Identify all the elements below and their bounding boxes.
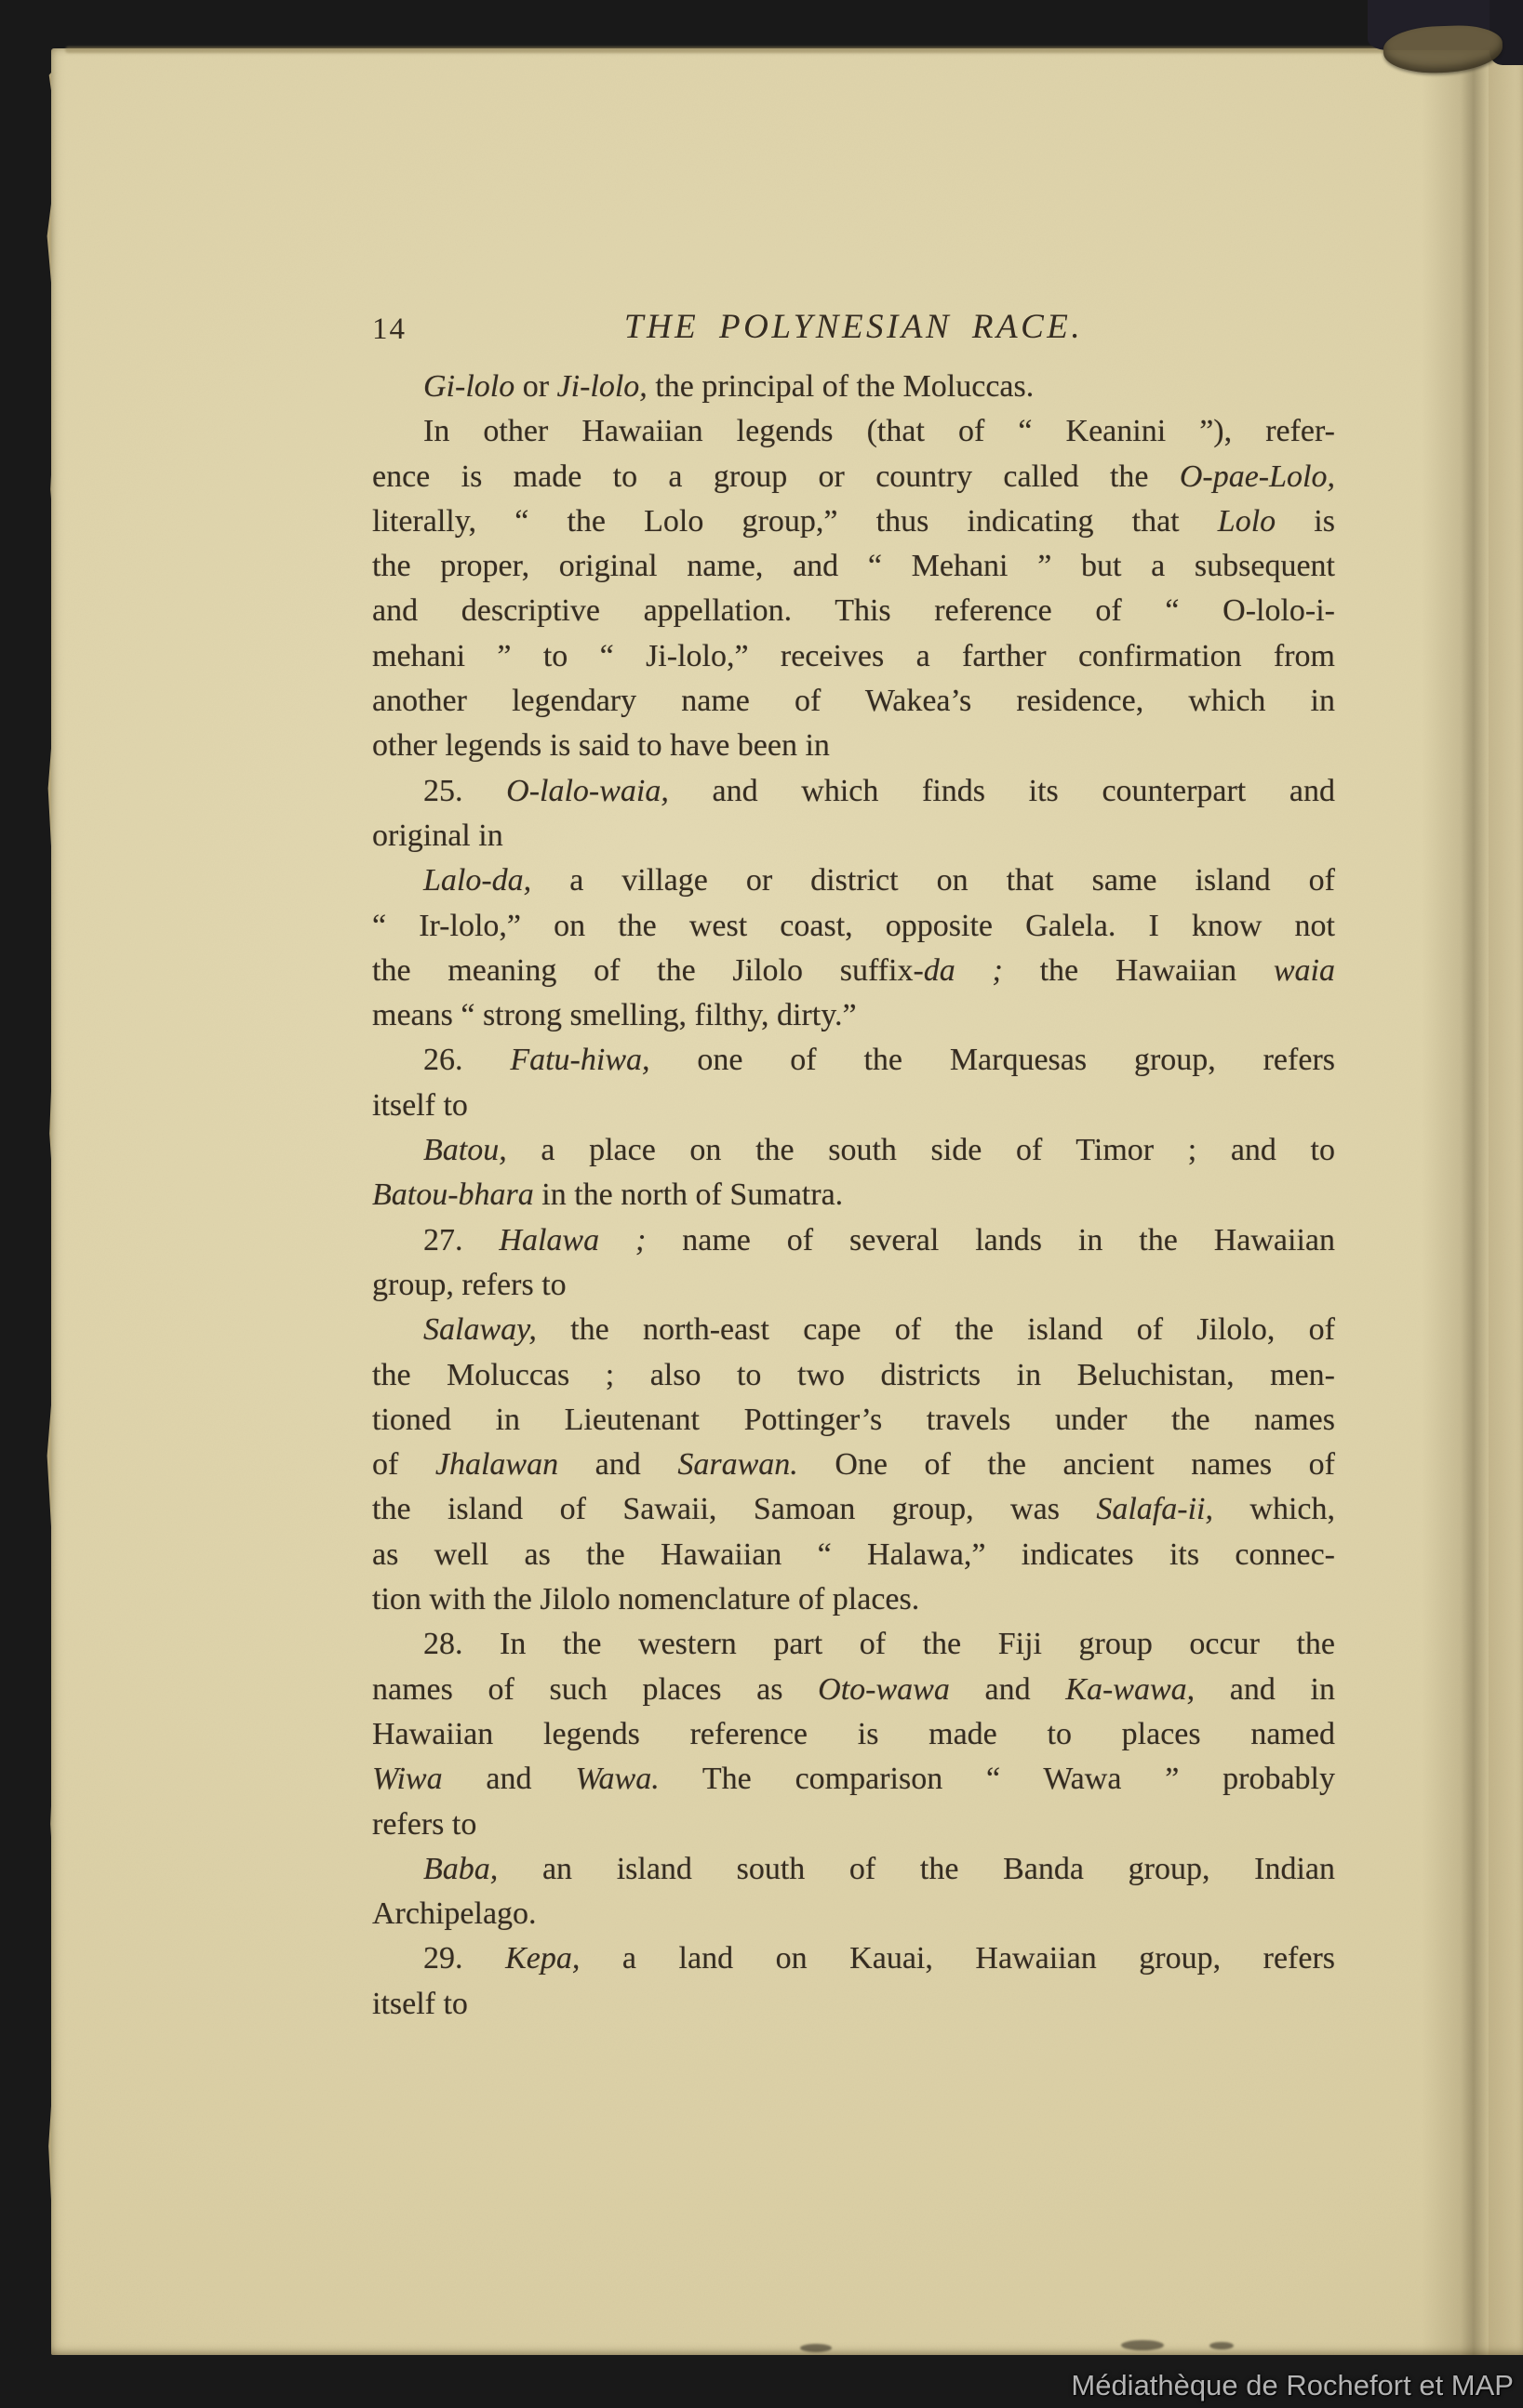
bottom-edge-smudge (800, 2344, 832, 2352)
text-line: another legendary name of Wakea’s reside… (372, 679, 1335, 724)
bottom-edge-smudge (1209, 2342, 1234, 2349)
paragraph: Gi-lolo or Ji-lolo, the principal of the… (372, 365, 1335, 409)
bottom-edge-smudge (1121, 2340, 1164, 2350)
text-line: the meaning of the Jilolo suffix-da ; th… (372, 949, 1335, 993)
text-line: means “ strong smelling, filthy, dirty.” (372, 993, 1335, 1038)
text-line: refers to (372, 1803, 1335, 1847)
text-line: Gi-lolo or Ji-lolo, the principal of the… (372, 365, 1335, 409)
text-line: mehani ” to “ Ji-lolo,” receives a farth… (372, 634, 1335, 679)
paragraph: 25. O-lalo-waia, and which finds its cou… (372, 769, 1335, 859)
text-line: group, refers to (372, 1263, 1335, 1308)
page-content: 14 THE POLYNESIAN RACE. Gi-lolo or Ji-lo… (372, 307, 1335, 2027)
body-text: Gi-lolo or Ji-lolo, the principal of the… (372, 365, 1335, 2027)
text-line: original in (372, 814, 1335, 858)
text-line: In other Hawaiian legends (that of “ Kea… (372, 409, 1335, 454)
text-line: Batou, a place on the south side of Timo… (372, 1128, 1335, 1173)
scan-background: 14 THE POLYNESIAN RACE. Gi-lolo or Ji-lo… (0, 0, 1523, 2408)
text-line: Salaway, the north-east cape of the isla… (372, 1308, 1335, 1352)
text-line: the island of Sawaii, Samoan group, was … (372, 1487, 1335, 1532)
paragraph: Baba, an island south of the Banda group… (372, 1847, 1335, 1937)
text-line: itself to (372, 1084, 1335, 1128)
page-number: 14 (372, 313, 407, 347)
text-line: Batou-bhara in the north of Sumatra. (372, 1173, 1335, 1217)
text-line: Hawaiian legends reference is made to pl… (372, 1712, 1335, 1757)
text-line: as well as the Hawaiian “ Halawa,” indic… (372, 1533, 1335, 1577)
text-line: Lalo-da, a village or district on that s… (372, 858, 1335, 903)
text-line: 29. Kepa, a land on Kauai, Hawaiian grou… (372, 1936, 1335, 1981)
text-line: 26. Fatu-hiwa, one of the Marquesas grou… (372, 1038, 1335, 1083)
text-line: 27. Halawa ; name of several lands in th… (372, 1218, 1335, 1263)
text-line: 28. In the western part of the Fiji grou… (372, 1622, 1335, 1667)
library-watermark: Médiathèque de Rochefort et MAP (1071, 2369, 1514, 2402)
page-header: 14 THE POLYNESIAN RACE. (372, 307, 1335, 353)
running-title: THE POLYNESIAN RACE. (372, 307, 1335, 347)
text-line: the proper, original name, and “ Mehani … (372, 544, 1335, 589)
text-line: Wiwa and Wawa. The comparison “ Wawa ” p… (372, 1757, 1335, 1802)
paragraph: 28. In the western part of the Fiji grou… (372, 1622, 1335, 1846)
text-line: “ Ir-lolo,” on the west coast, opposite … (372, 904, 1335, 949)
paragraph: 26. Fatu-hiwa, one of the Marquesas grou… (372, 1038, 1335, 1128)
paragraph: 27. Halawa ; name of several lands in th… (372, 1218, 1335, 1309)
text-line: the Moluccas ; also to two districts in … (372, 1353, 1335, 1398)
text-line: other legends is said to have been in (372, 724, 1335, 768)
text-line: tioned in Lieutenant Pottinger’s travels… (372, 1398, 1335, 1443)
text-line: literally, “ the Lolo group,” thus indic… (372, 499, 1335, 544)
text-line: Archipelago. (372, 1892, 1335, 1936)
text-line: Baba, an island south of the Banda group… (372, 1847, 1335, 1892)
text-line: names of such places as Oto-wawa and Ka-… (372, 1668, 1335, 1712)
paragraph: 29. Kepa, a land on Kauai, Hawaiian grou… (372, 1936, 1335, 2027)
paragraph: Salaway, the north-east cape of the isla… (372, 1308, 1335, 1622)
paragraph: Batou, a place on the south side of Timo… (372, 1128, 1335, 1218)
paragraph: In other Hawaiian legends (that of “ Kea… (372, 409, 1335, 768)
text-line: of Jhalawan and Sarawan. One of the anci… (372, 1443, 1335, 1487)
text-line: tion with the Jilolo nomenclature of pla… (372, 1577, 1335, 1622)
text-line: and descriptive appellation. This refere… (372, 589, 1335, 633)
text-line: ence is made to a group or country calle… (372, 455, 1335, 499)
page-top-edge (65, 47, 1512, 53)
text-line: 25. O-lalo-waia, and which finds its cou… (372, 769, 1335, 814)
text-line: itself to (372, 1982, 1335, 2027)
paragraph: Lalo-da, a village or district on that s… (372, 858, 1335, 1038)
